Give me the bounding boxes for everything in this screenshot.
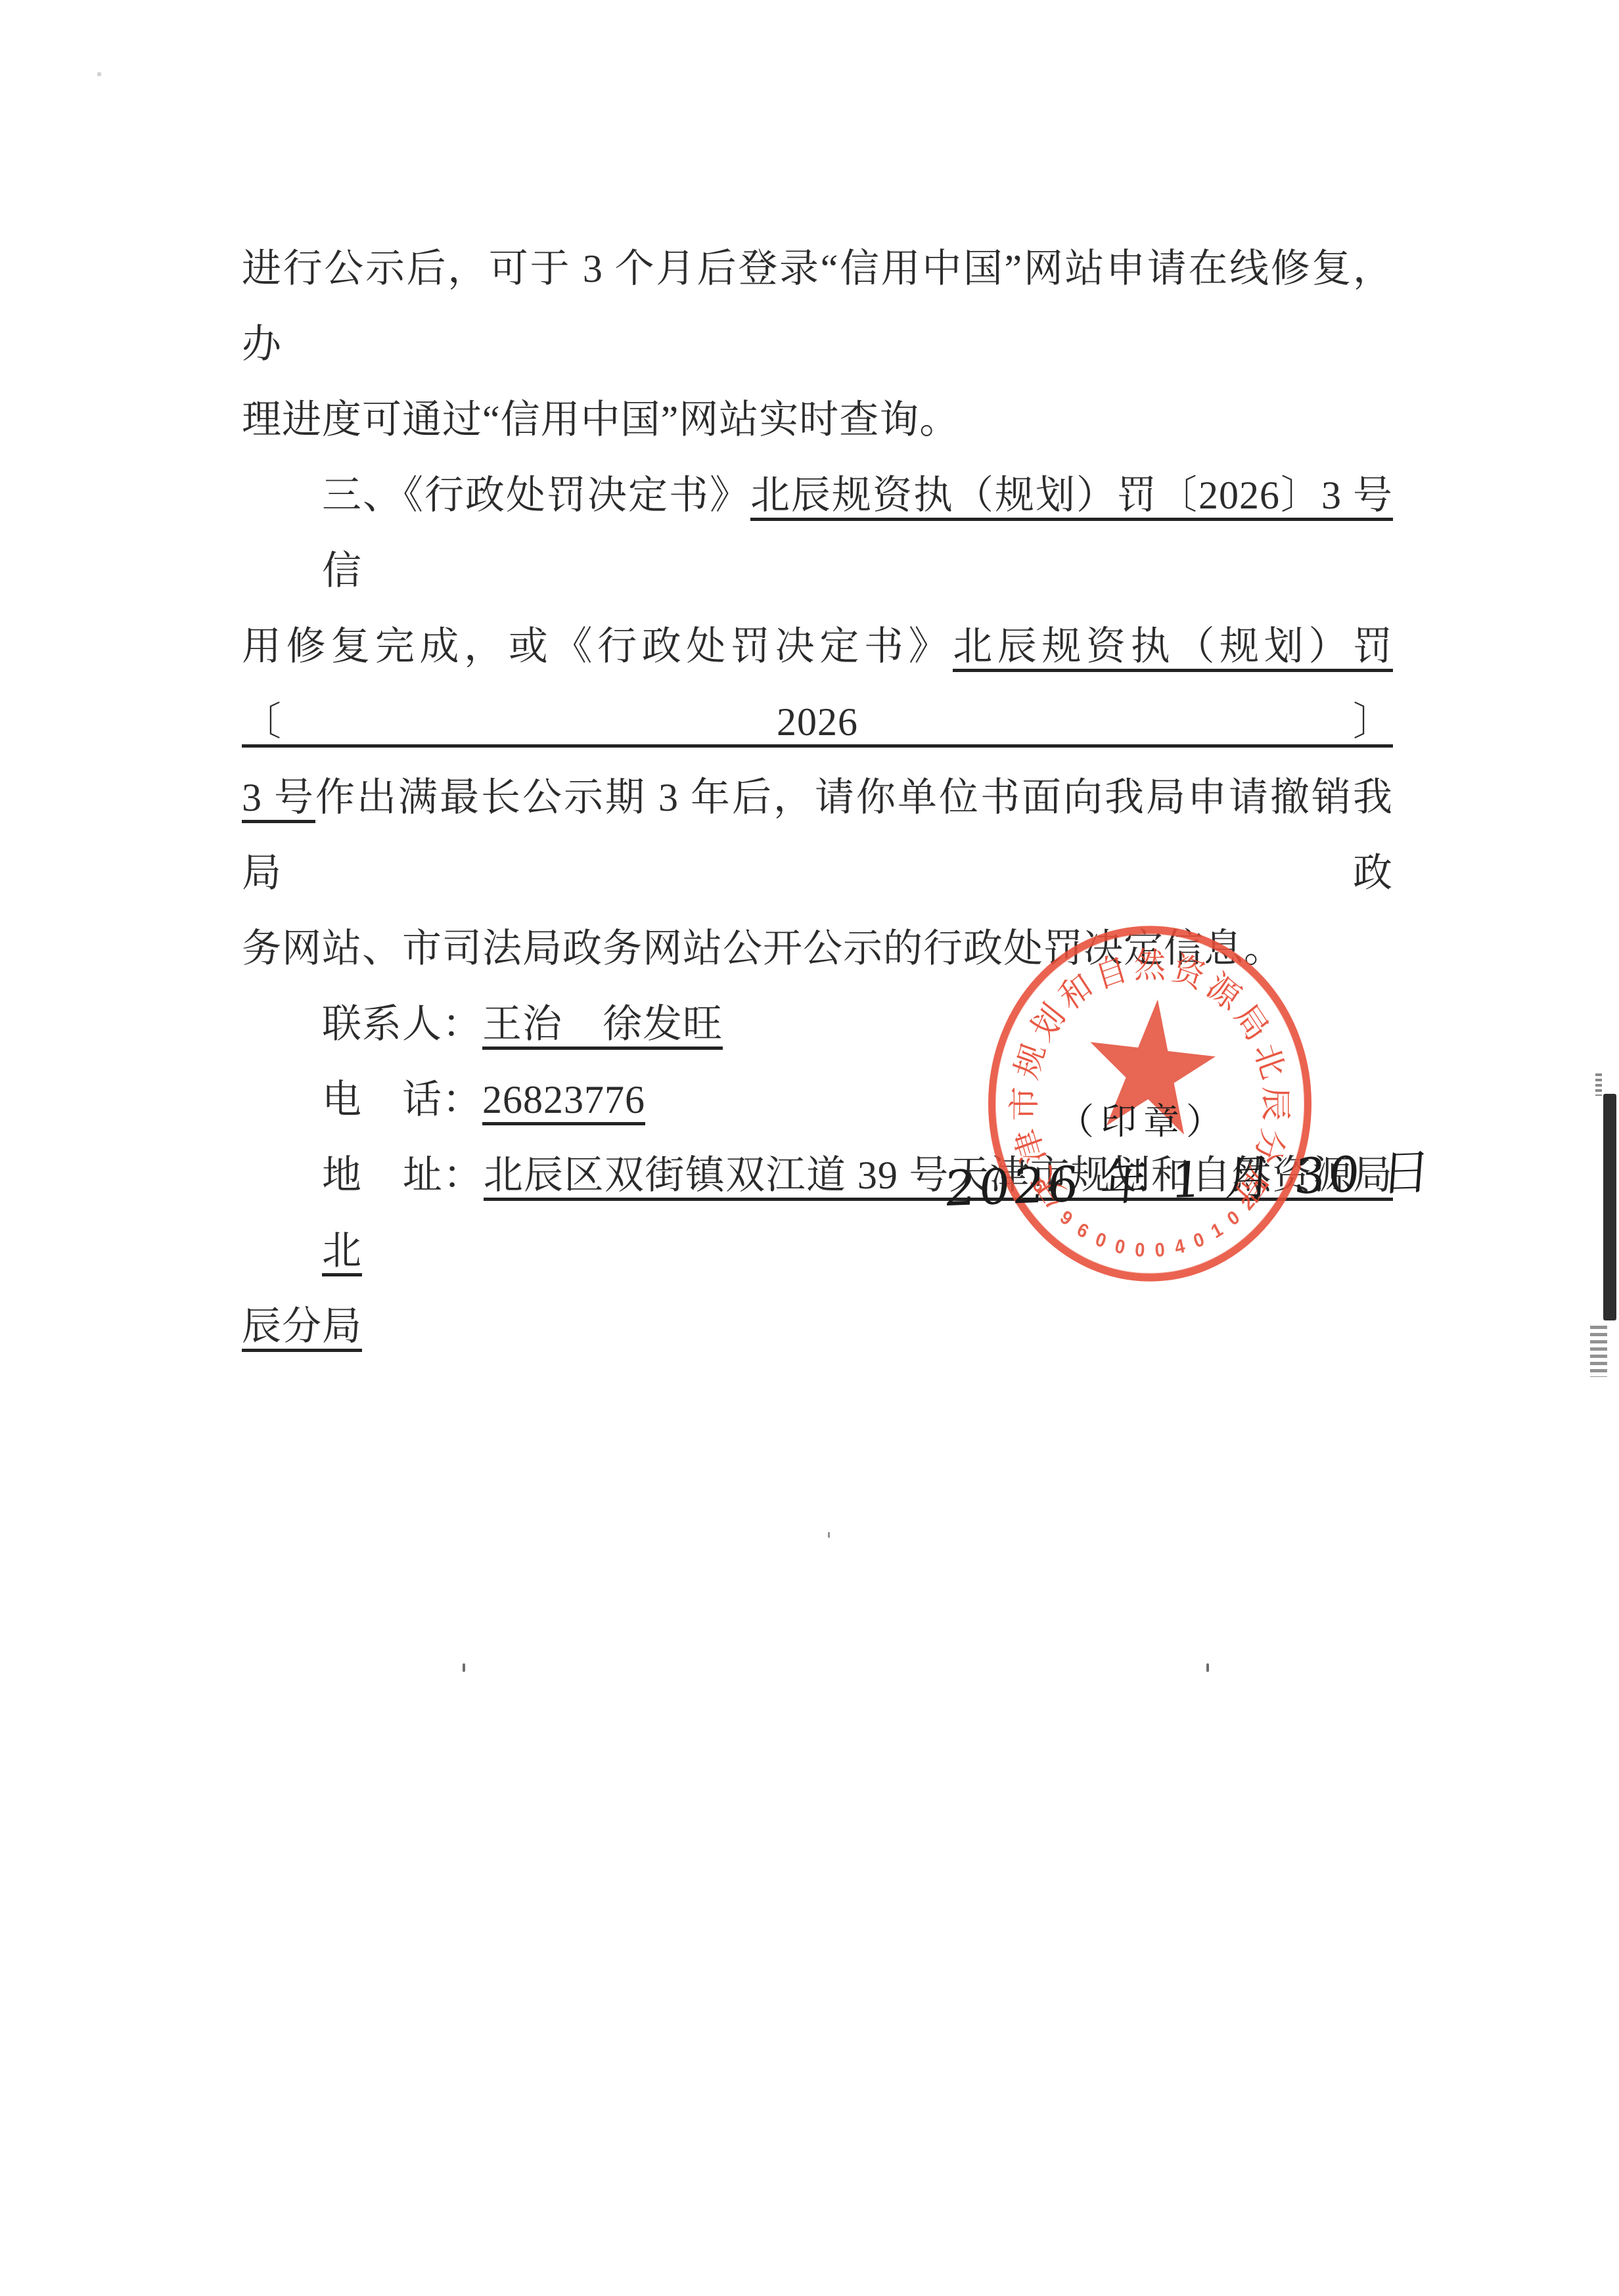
text-line: 三、《行政处罚决定书》北辰规资执（规划）罚〔2026〕3 号信 xyxy=(242,458,1393,609)
text-segment: 用修复完成，或《行政处罚决定书》 xyxy=(242,625,953,668)
official-seal: 天津市规划和自然资源局北辰分局 ★ 12010400006976 （印章） xyxy=(986,923,1314,1284)
text-segment: 理进度可通过“信用中国”网站实时查询。 xyxy=(242,398,959,441)
text-segment: 进行公示后，可于 3 个月后登录“信用中国”网站申请在线修复，办 xyxy=(242,247,1393,366)
text-segment: 王治 徐发旺 xyxy=(482,1002,723,1050)
scan-speck xyxy=(828,1532,830,1538)
seal-label: （印章） xyxy=(1025,1092,1262,1144)
scan-speck xyxy=(1206,1663,1209,1672)
text-segment: 北辰规资执（规划）罚〔2026〕3 号 xyxy=(750,474,1393,521)
scan-artifact-dashes-bottom xyxy=(1590,1326,1607,1377)
text-segment: 地 址： xyxy=(322,1154,484,1197)
text-segment: 辰分局 xyxy=(242,1305,362,1352)
seal-arc-char: 辰 xyxy=(1258,1086,1291,1122)
text-segment: 作出满最长公示期 3 年后，请你单位书面向我局申请撤销我局政 xyxy=(242,776,1393,895)
text-line: 辰分局 xyxy=(242,1289,1393,1364)
text-segment: 3 号 xyxy=(242,776,315,823)
text-line: 3 号作出满最长公示期 3 年后，请你单位书面向我局申请撤销我局政 xyxy=(242,760,1393,911)
seal-code-digit: 0 xyxy=(1129,1238,1151,1261)
text-segment: 信 xyxy=(322,549,362,593)
seal-code-digit: 0 xyxy=(1149,1238,1170,1261)
text-segment: 联系人： xyxy=(322,1002,482,1046)
text-segment: 26823776 xyxy=(482,1078,645,1125)
text-line: 理进度可通过“信用中国”网站实时查询。 xyxy=(242,382,1393,458)
text-segment: 电 话： xyxy=(322,1078,482,1121)
scan-artifact-bar xyxy=(1603,1094,1616,1320)
document-page: 进行公示后，可于 3 个月后登录“信用中国”网站申请在线修复，办理进度可通过“信… xyxy=(0,0,1619,2296)
text-line: 进行公示后，可于 3 个月后登录“信用中国”网站申请在线修复，办 xyxy=(242,231,1393,382)
scan-speck xyxy=(463,1663,465,1672)
scan-speck xyxy=(97,72,101,76)
text-line: 用修复完成，或《行政处罚决定书》北辰规资执（规划）罚〔2026〕 xyxy=(242,609,1393,760)
text-segment: 三、《行政处罚决定书》 xyxy=(322,474,750,517)
scan-artifact-dashes-top xyxy=(1595,1073,1602,1096)
